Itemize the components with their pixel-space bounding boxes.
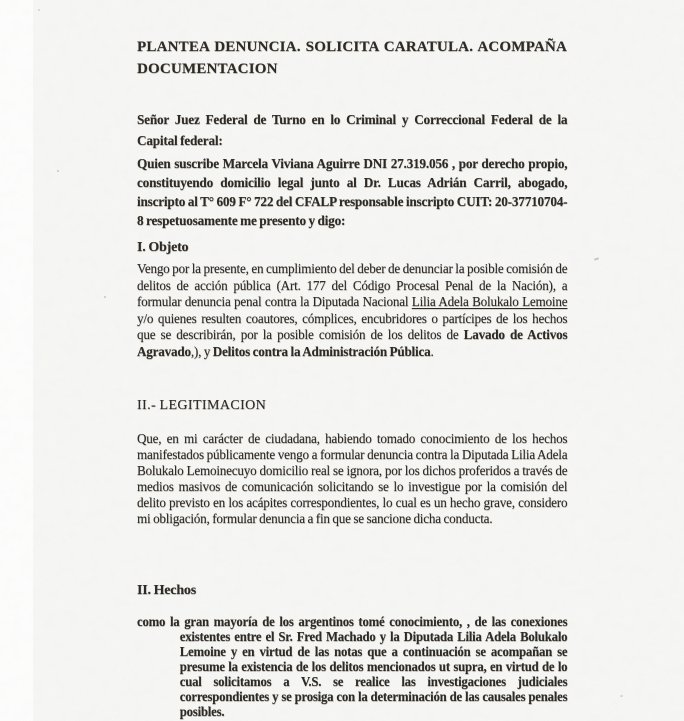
crime-administracion-publica-bold: Delitos contra la Administración Pública — [213, 344, 431, 359]
objeto-paragraph: Vengo por la presente, en cumplimiento d… — [137, 261, 567, 360]
scan-speck — [57, 170, 59, 172]
objeto-run3: ,), y — [191, 344, 213, 359]
document-title-line2: DOCUMENTACION — [137, 58, 567, 80]
legitimacion-paragraph: Que, en mi carácter de ciudadana, habien… — [137, 431, 567, 527]
scan-speck — [620, 695, 623, 697]
scan-speck — [38, 9, 40, 11]
objeto-run4: . — [430, 344, 433, 359]
section-heading-objeto: I. Objeto — [137, 240, 567, 256]
scanned-document-page: PLANTEA DENUNCIA. SOLICITA CARATULA. ACO… — [0, 0, 684, 721]
introduction-paragraph: Quien suscribe Marcela Viviana Aguirre D… — [137, 155, 567, 231]
hechos-paragraph: como la gran mayoría de los argentinos t… — [137, 614, 567, 719]
addressee-heading: Señor Juez Federal de Turno en lo Crimin… — [137, 110, 567, 152]
section-heading-legitimacion: II.- LEGITIMACION — [137, 398, 567, 414]
scan-paper-background — [33, 0, 684, 721]
scan-speck — [104, 296, 106, 298]
section-heading-hechos: II. Hechos — [137, 583, 567, 599]
document-title: PLANTEA DENUNCIA. SOLICITA CARATULA. ACO… — [137, 36, 567, 80]
document-title-line1: PLANTEA DENUNCIA. SOLICITA CARATULA. ACO… — [137, 36, 567, 58]
accused-name-underlined: Lilia Adela Bolukalo Lemoine — [412, 294, 568, 309]
